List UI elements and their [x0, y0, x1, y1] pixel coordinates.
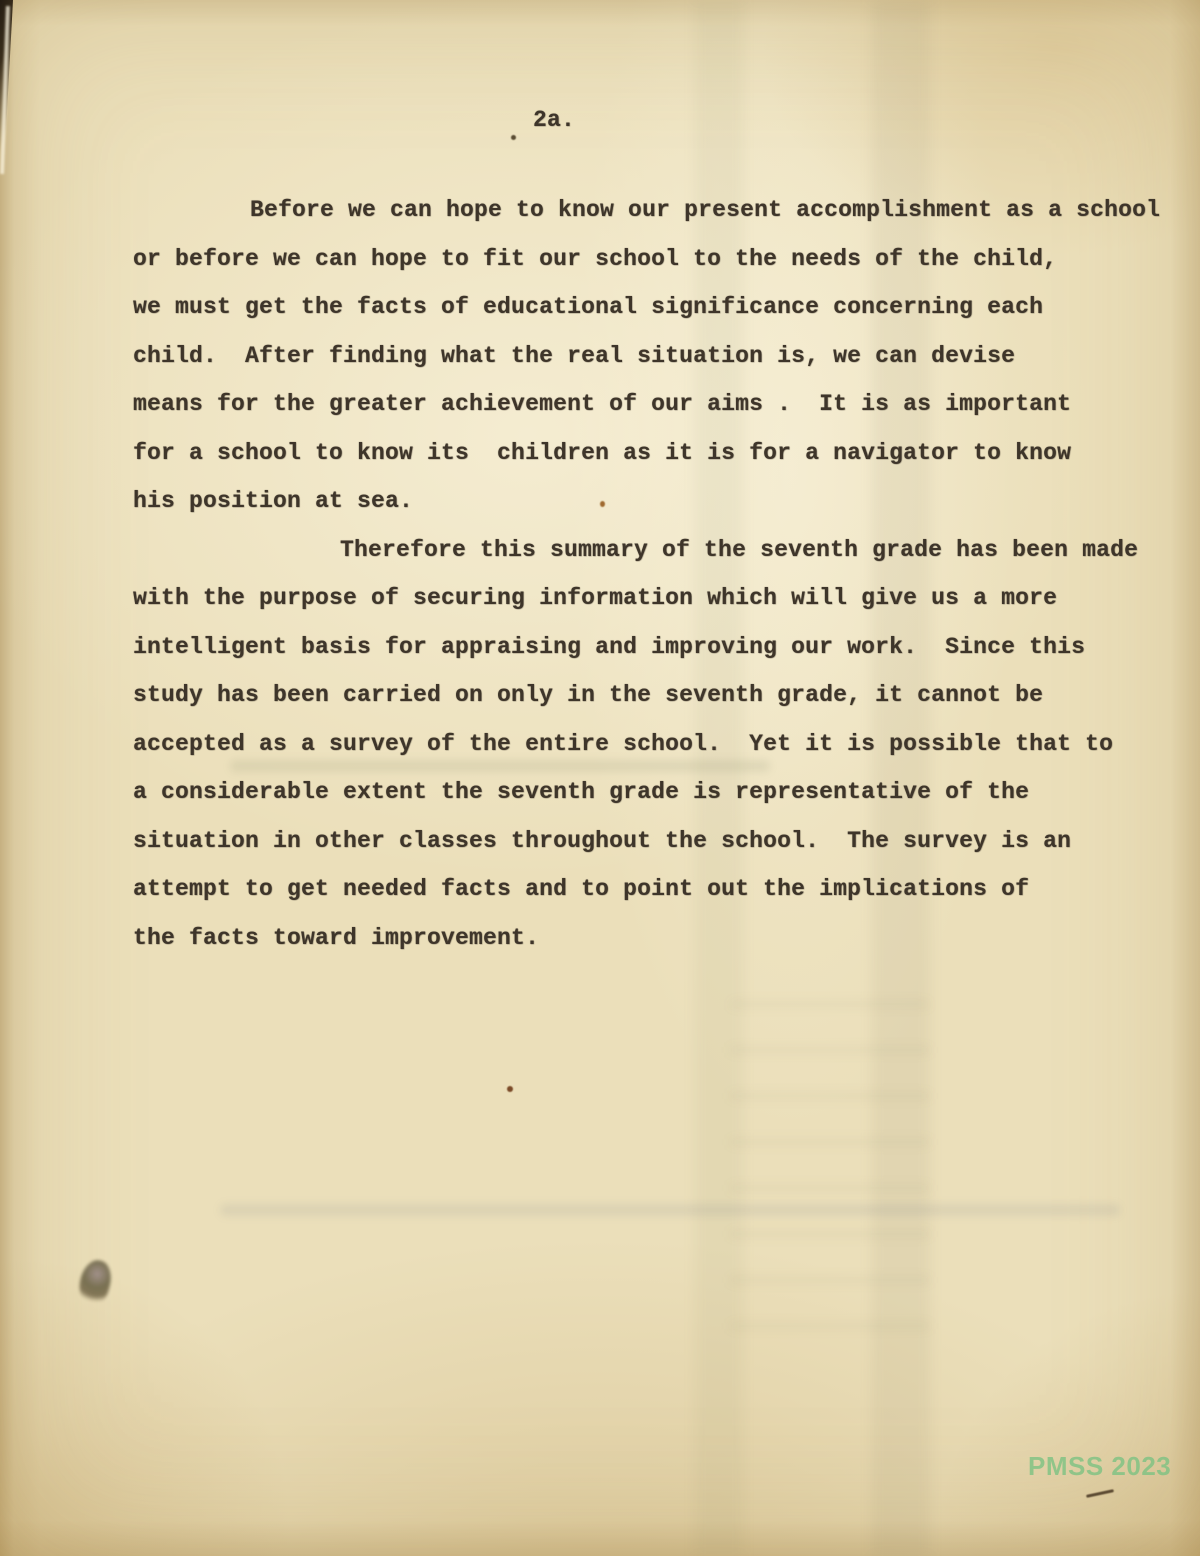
paper-scratch: [1086, 1489, 1114, 1498]
text-line: the facts toward improvement.: [133, 918, 1163, 967]
ink-smudge: [75, 1257, 115, 1309]
archive-watermark: PMSS 2023: [1028, 1451, 1171, 1482]
paper-speck: [507, 1086, 513, 1092]
text-line: situation in other classes throughout th…: [133, 821, 1163, 870]
text-line: a considerable extent the seventh grade …: [133, 772, 1163, 821]
text-line: we must get the facts of educational sig…: [133, 287, 1163, 336]
text-line: intelligent basis for appraising and imp…: [133, 627, 1163, 676]
text-line: attempt to get needed facts and to point…: [133, 869, 1163, 918]
text-line: accepted as a survey of the entire schoo…: [133, 724, 1163, 773]
text-line: child. After finding what the real situa…: [133, 336, 1163, 385]
text-line: Therefore this summary of the seventh gr…: [133, 530, 1163, 579]
page-number: 2a.: [533, 107, 575, 133]
text-line: study has been carried on only in the se…: [133, 675, 1163, 724]
text-line: Before we can hope to know our present a…: [133, 190, 1163, 239]
document-body: Before we can hope to know our present a…: [133, 190, 1163, 966]
paper-speck: [511, 135, 516, 140]
scanned-document-page: 2a. Before we can hope to know our prese…: [0, 0, 1200, 1556]
text-line: his position at sea.: [133, 481, 1163, 530]
text-line: with the purpose of securing information…: [133, 578, 1163, 627]
text-line: for a school to know its children as it …: [133, 433, 1163, 482]
ghost-text-impression: [220, 1204, 1120, 1216]
text-line: or before we can hope to fit our school …: [133, 239, 1163, 288]
ghost-text-impression: [730, 1000, 930, 1360]
text-line: means for the greater achievement of our…: [133, 384, 1163, 433]
